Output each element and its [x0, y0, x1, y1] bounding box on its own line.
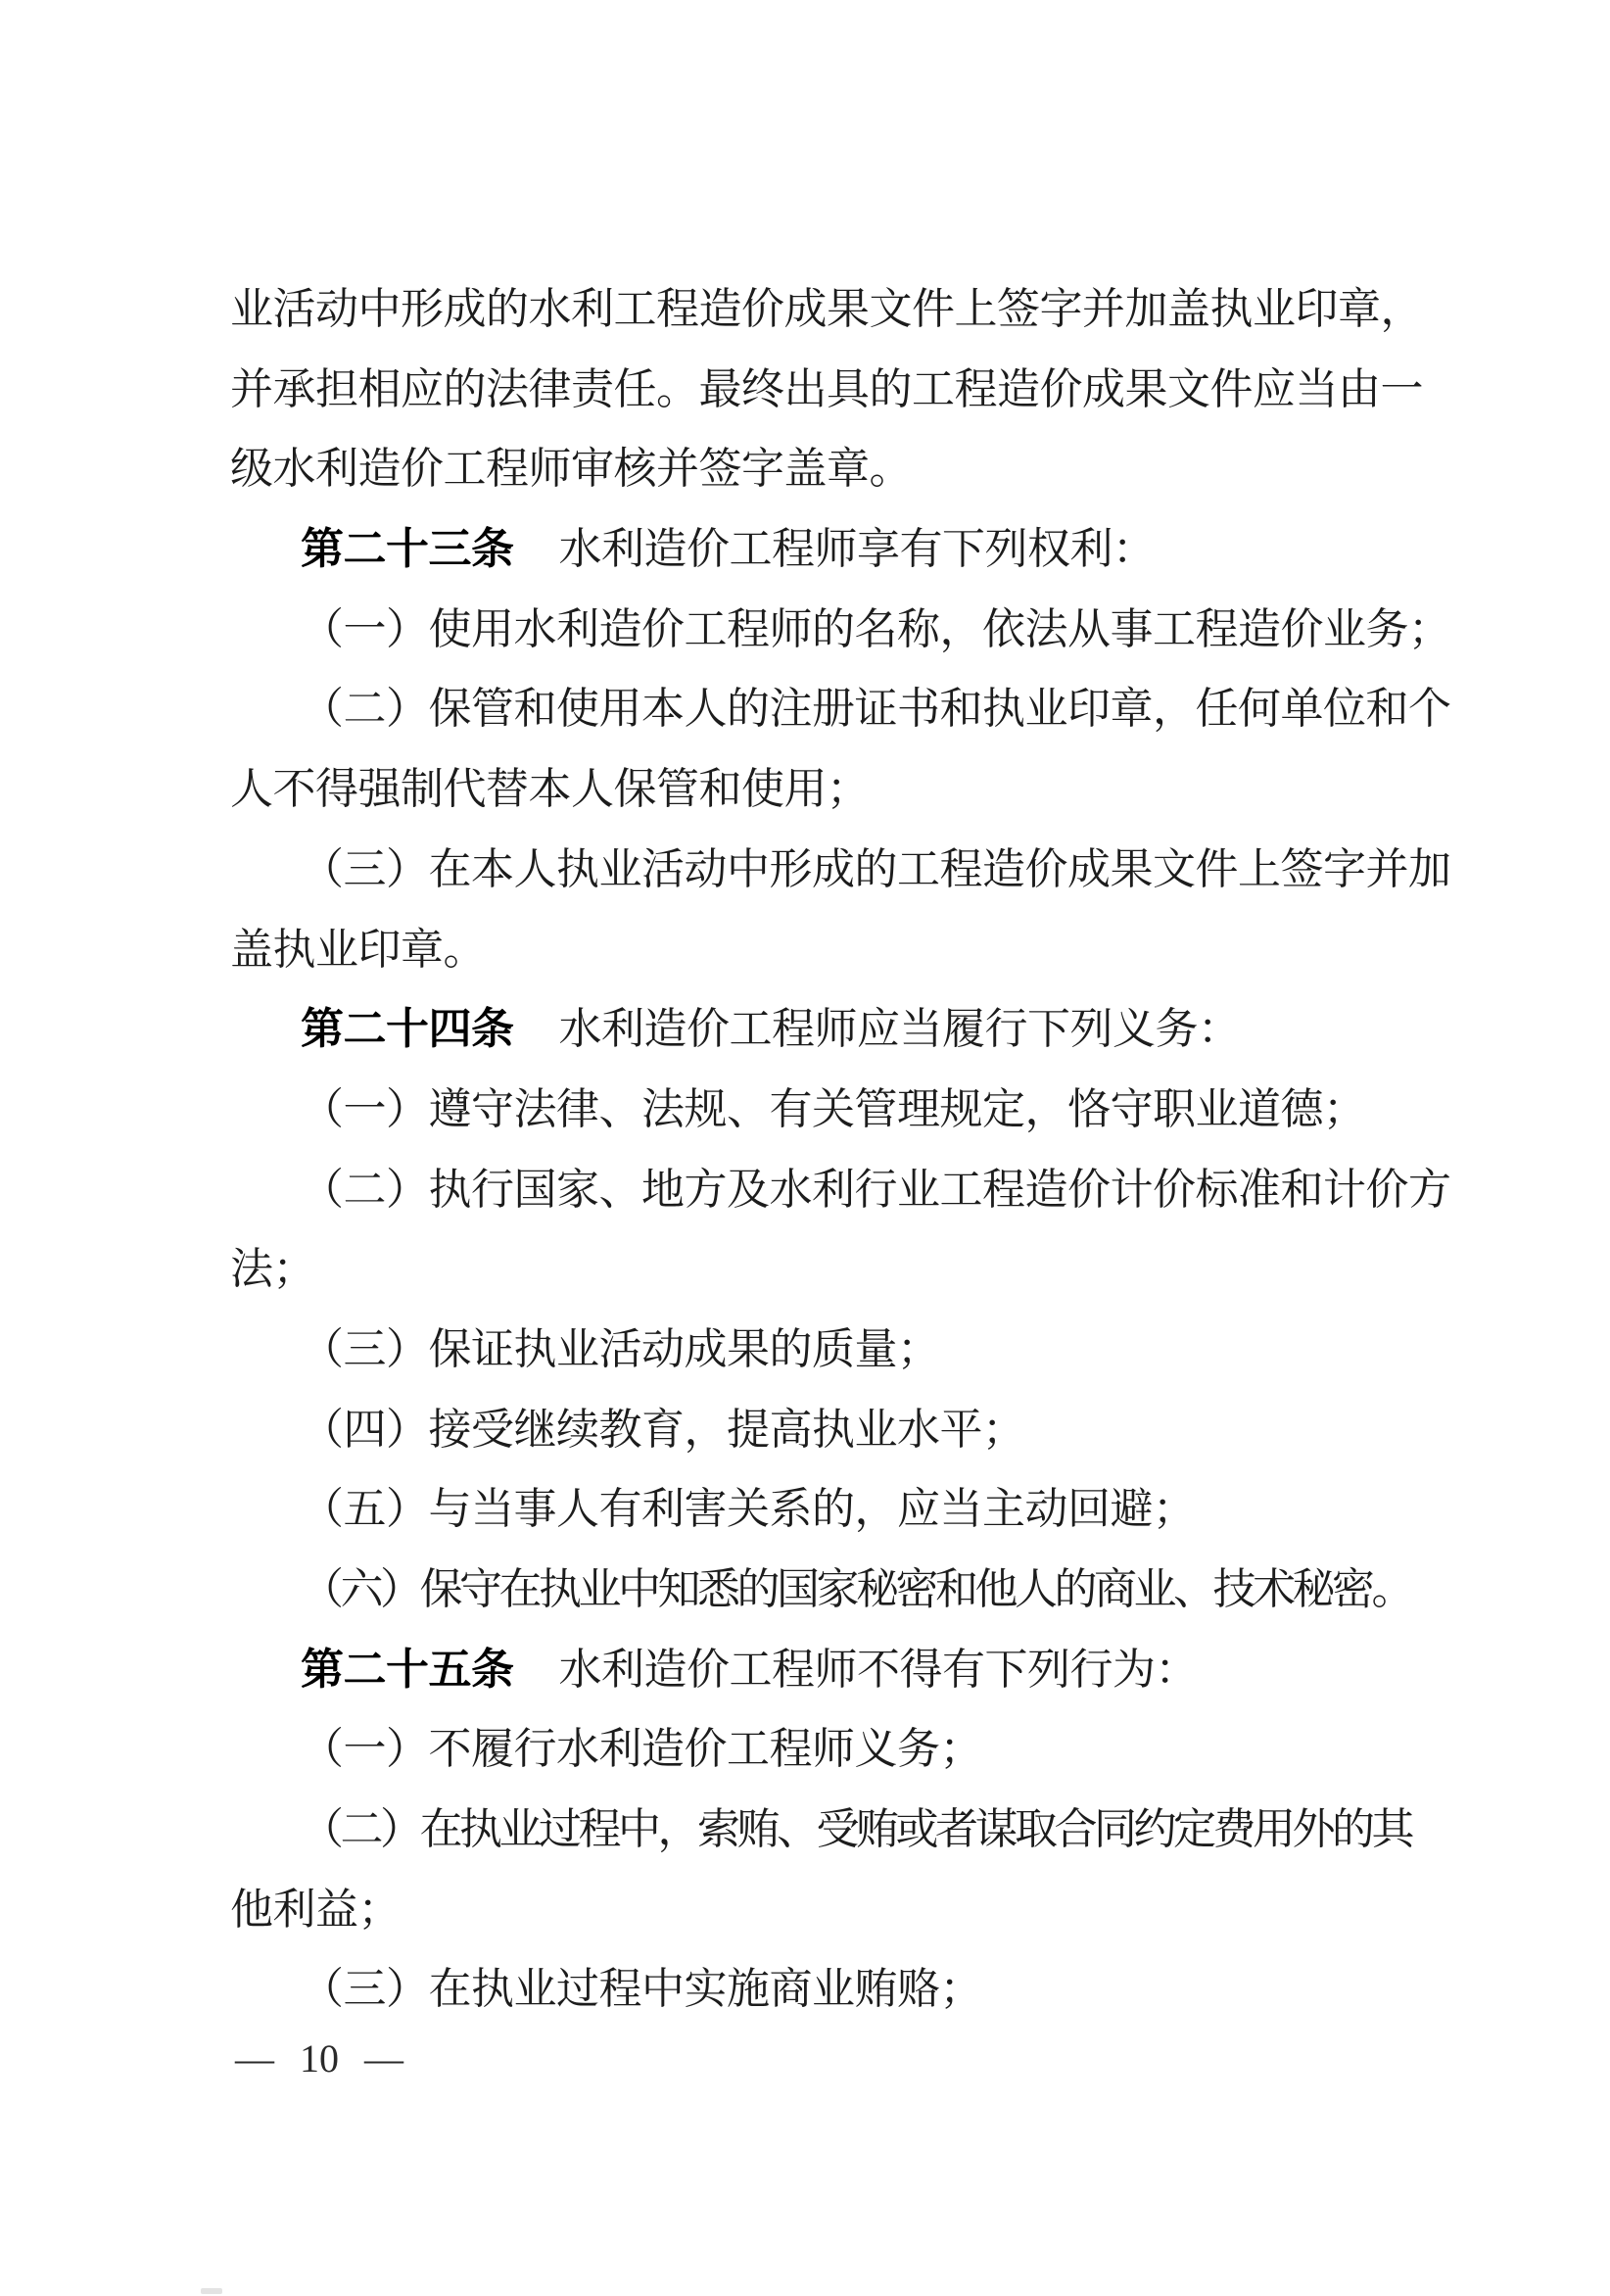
line-text: （一）不履行水利造价工程师义务；	[301, 1725, 982, 1773]
document-line: （三）在本人执业活动中形成的工程造价成果文件上签字并加	[230, 830, 1451, 910]
scan-artifact	[201, 2288, 222, 2294]
line-text: 级水利造价工程师审核并签字盖章。	[230, 445, 912, 493]
document-line: 他利益；	[230, 1870, 1451, 1950]
document-line: （二）在执业过程中，索贿、受贿或者谋取合同约定费用外的其	[230, 1790, 1451, 1870]
document-line: （二）执行国家、地方及水利行业工程造价计价标准和计价方	[230, 1150, 1451, 1230]
line-text: （二）在执业过程中，索贿、受贿或者谋取合同约定费用外的其	[301, 1805, 1411, 1853]
line-text: （三）保证执业活动成果的质量；	[301, 1325, 940, 1373]
document-line: （三）保证执业活动成果的质量；	[230, 1310, 1451, 1390]
document-page: 业活动中形成的水利工程造价成果文件上签字并加盖执业印章，并承担相应的法律责任。最…	[0, 0, 1610, 2296]
document-line: 人不得强制代替本人保管和使用；	[230, 749, 1451, 830]
line-text: （三）在执业过程中实施商业贿赂；	[301, 1965, 982, 2013]
document-line: （三）在执业过程中实施商业贿赂；	[230, 1949, 1451, 2030]
document-line: 第二十五条水利造价工程师不得有下列行为：	[230, 1630, 1451, 1710]
document-line: 第二十四条水利造价工程师应当履行下列义务：	[230, 989, 1451, 1070]
document-line: （一）使用水利造价工程师的名称，依法从事工程造价业务；	[230, 590, 1451, 670]
article-number: 第二十三条	[301, 525, 514, 573]
line-text: （四）接受继续教育，提高执业水平；	[301, 1406, 1025, 1454]
document-line: 盖执业印章。	[230, 910, 1451, 990]
line-text: 人不得强制代替本人保管和使用；	[230, 765, 870, 813]
document-body: 业活动中形成的水利工程造价成果文件上签字并加盖执业印章，并承担相应的法律责任。最…	[230, 269, 1451, 2030]
line-text: 业活动中形成的水利工程造价成果文件上签字并加盖执业印章，	[230, 285, 1423, 333]
document-line: （四）接受继续教育，提高执业水平；	[230, 1390, 1451, 1470]
document-line: 业活动中形成的水利工程造价成果文件上签字并加盖执业印章，	[230, 269, 1451, 350]
document-line: 级水利造价工程师审核并签字盖章。	[230, 429, 1451, 509]
line-text: （二）执行国家、地方及水利行业工程造价计价标准和计价方	[301, 1166, 1451, 1214]
article-number: 第二十四条	[301, 1005, 514, 1053]
line-text: （三）在本人执业活动中形成的工程造价成果文件上签字并加	[301, 845, 1451, 893]
line-text: 水利造价工程师应当履行下列义务：	[559, 1005, 1241, 1053]
document-line: 并承担相应的法律责任。最终出具的工程造价成果文件应当由一	[230, 350, 1451, 430]
document-line: （五）与当事人有利害关系的，应当主动回避；	[230, 1469, 1451, 1550]
document-line: （六）保守在执业中知悉的国家秘密和他人的商业、技术秘密。	[230, 1550, 1451, 1630]
line-text: 法；	[230, 1245, 315, 1293]
line-text: （五）与当事人有利害关系的，应当主动回避；	[301, 1485, 1196, 1533]
document-line: （一）不履行水利造价工程师义务；	[230, 1709, 1451, 1790]
line-text: （一）使用水利造价工程师的名称，依法从事工程造价业务；	[301, 605, 1451, 653]
line-text: （一）遵守法律、法规、有关管理规定，恪守职业道德；	[301, 1085, 1366, 1133]
line-text: 他利益；	[230, 1886, 401, 1934]
line-text: 水利造价工程师享有下列权利：	[559, 525, 1156, 573]
line-text: 盖执业印章。	[230, 926, 486, 974]
document-line: （二）保管和使用本人的注册证书和执业印章，任何单位和个	[230, 669, 1451, 749]
line-text: （六）保守在执业中知悉的国家秘密和他人的商业、技术秘密。	[301, 1565, 1411, 1613]
document-line: （一）遵守法律、法规、有关管理规定，恪守职业道德；	[230, 1070, 1451, 1150]
line-text: 水利造价工程师不得有下列行为：	[559, 1646, 1199, 1694]
line-text: （二）保管和使用本人的注册证书和执业印章，任何单位和个	[301, 685, 1451, 733]
line-text: 并承担相应的法律责任。最终出具的工程造价成果文件应当由一	[230, 365, 1423, 413]
article-number: 第二十五条	[301, 1646, 514, 1694]
page-number: — 10 —	[235, 2035, 403, 2082]
document-line: 第二十三条水利造价工程师享有下列权利：	[230, 509, 1451, 590]
document-line: 法；	[230, 1229, 1451, 1310]
